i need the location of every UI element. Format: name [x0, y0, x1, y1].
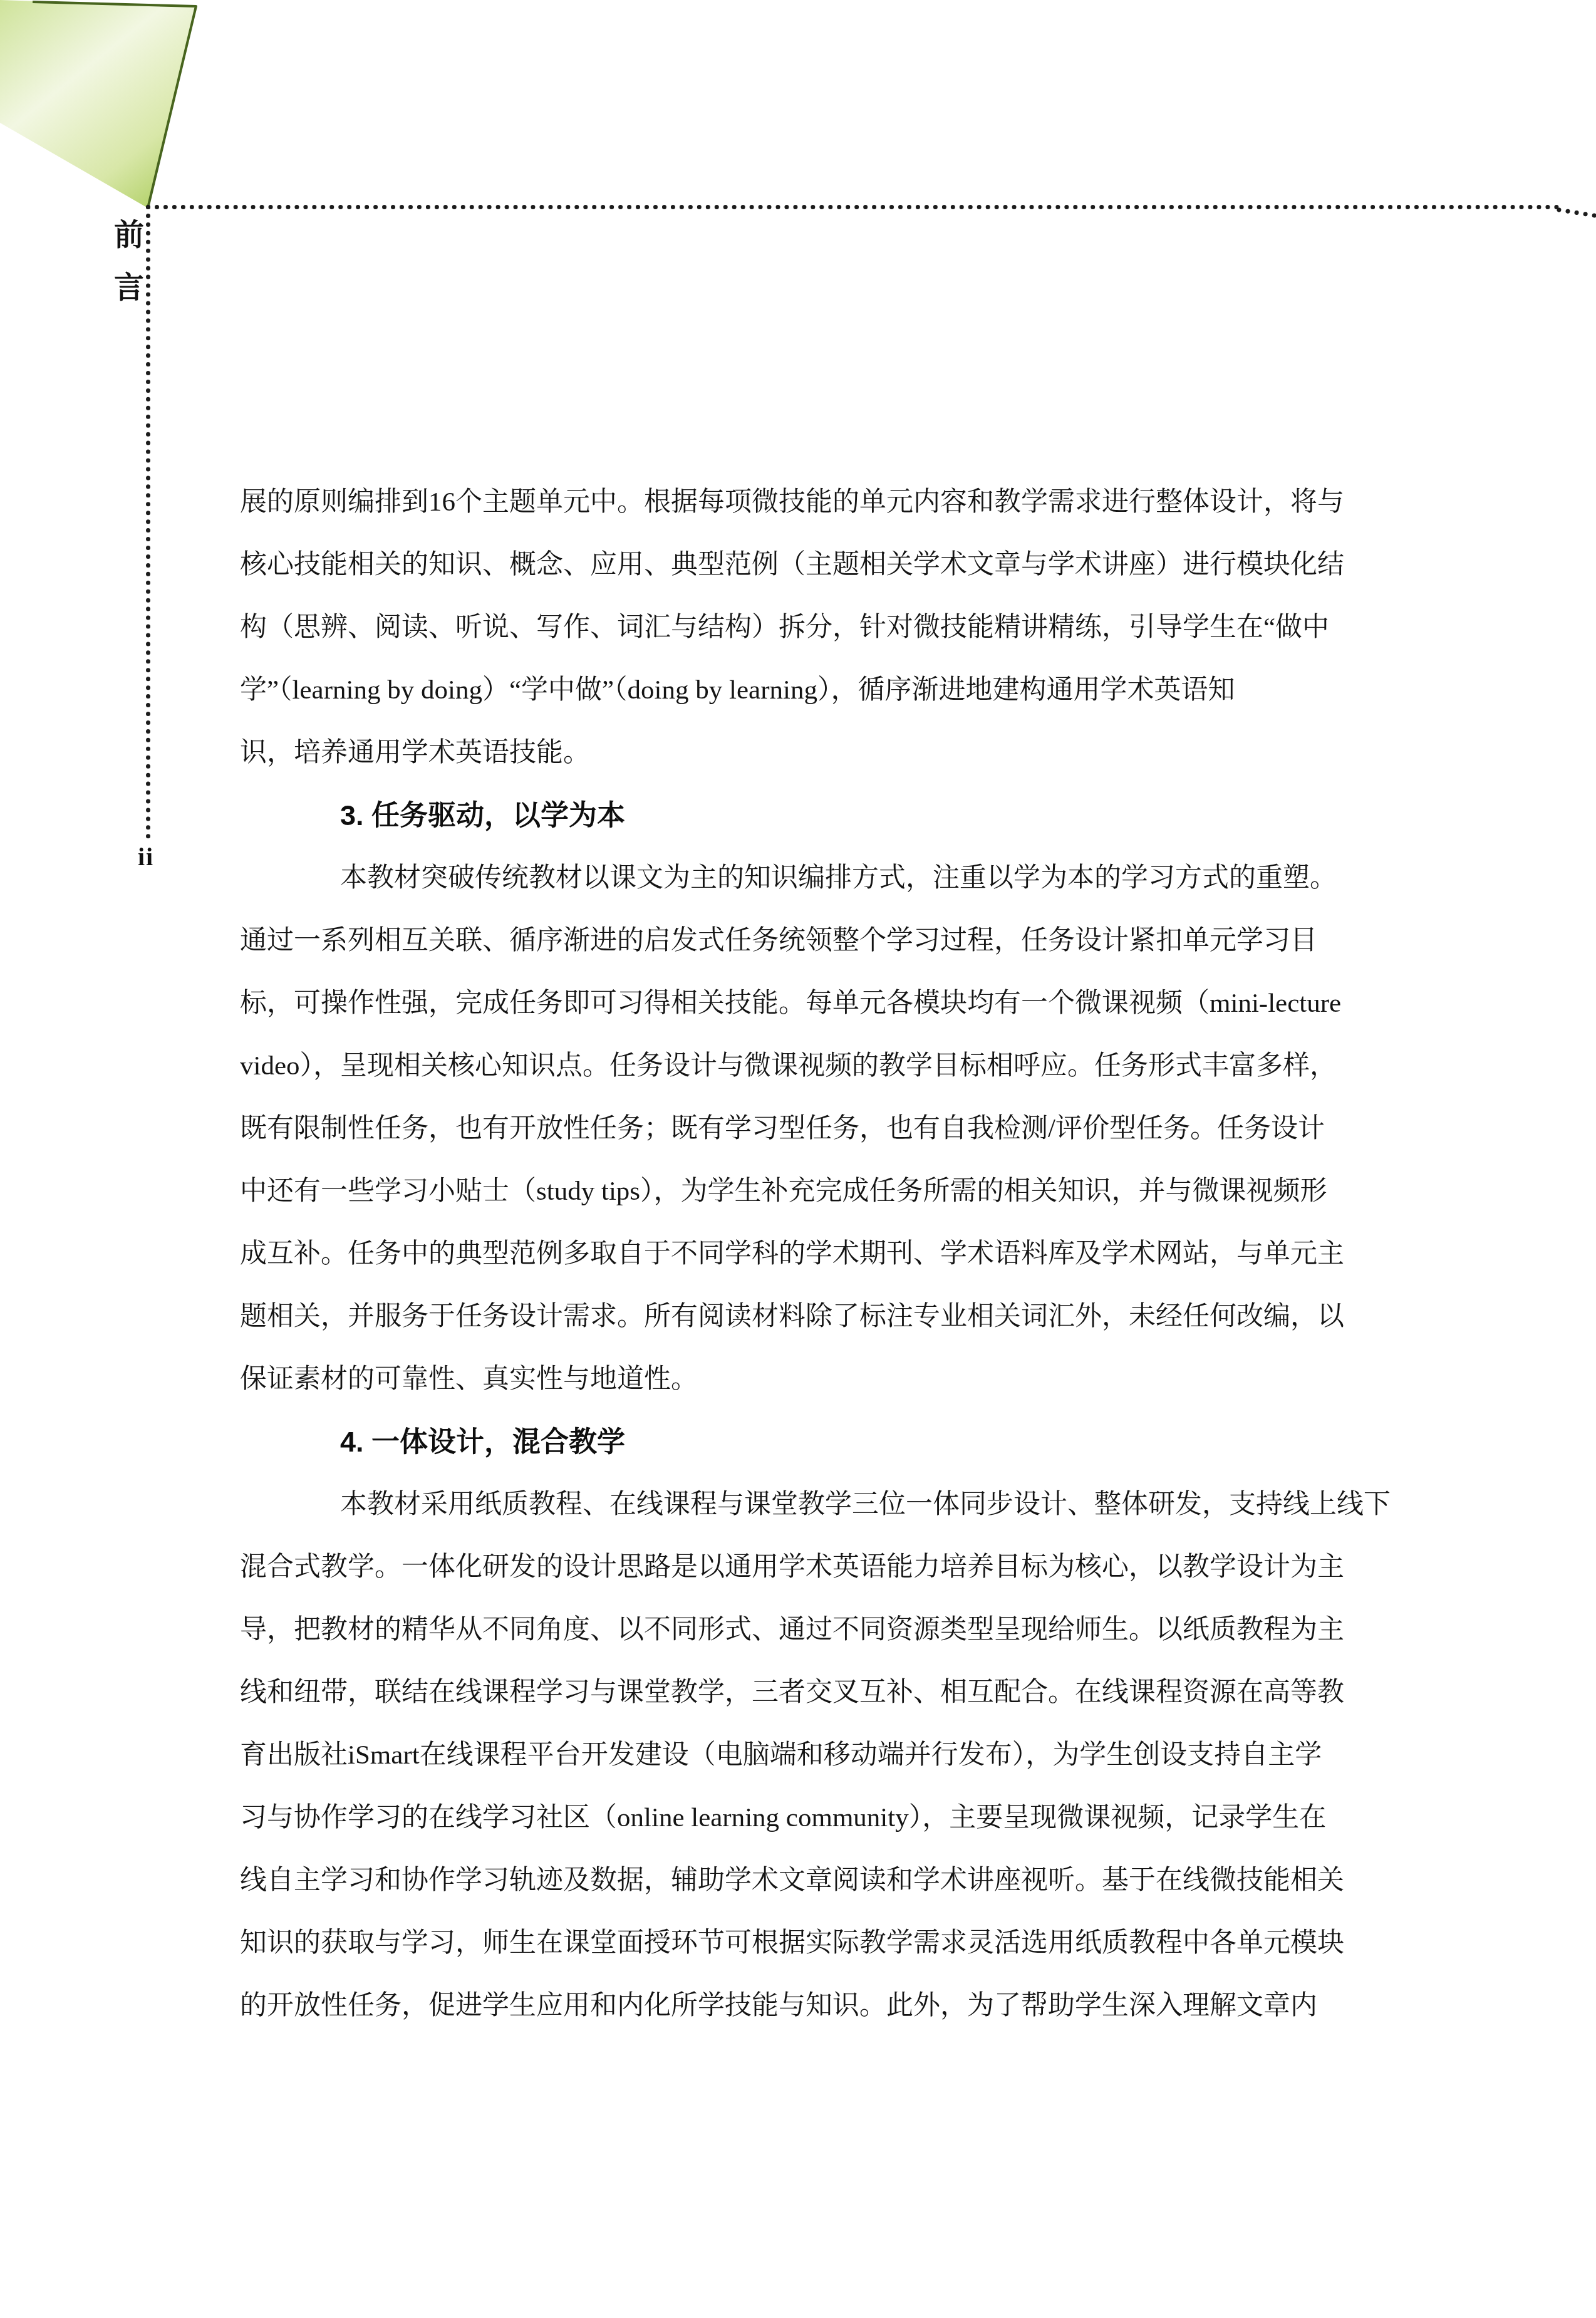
- page-corner-decoration: [0, 0, 209, 217]
- text-line: 成互补。任务中的典型范例多取自于不同学科的学术期刊、学术语料库及学术网站，与单元…: [240, 1223, 1377, 1286]
- text-line: 核心技能相关的知识、概念、应用、典型范例（主题相关学术文章与学术讲座）进行模块化…: [240, 534, 1377, 596]
- text-line: 本教材突破传统教材以课文为主的知识编排方式，注重以学为本的学习方式的重塑。: [240, 847, 1377, 910]
- text-line: 标，可操作性强，完成任务即可习得相关技能。每单元各模块均有一个微课视频（mini…: [240, 972, 1377, 1035]
- text-line: video），呈现相关核心知识点。任务设计与微课视频的教学目标相呼应。任务形式丰…: [240, 1035, 1377, 1098]
- text-line: 混合式教学。一体化研发的设计思路是以通用学术英语能力培养目标为核心，以教学设计为…: [240, 1536, 1377, 1599]
- text-line: 育出版社iSmart在线课程平台开发建设（电脑端和移动端并行发布），为学生创设支…: [240, 1724, 1377, 1787]
- text-line: 题相关，并服务于任务设计需求。所有阅读材料除了标注专业相关词汇外，未经任何改编，…: [240, 1286, 1377, 1348]
- dotted-border-top-end-curve: [1557, 207, 1596, 218]
- text-line: 既有限制性任务，也有开放性任务；既有学习型任务，也有自我检测/评价型任务。任务设…: [240, 1098, 1377, 1160]
- text-line: 通过一系列相互关联、循序渐进的启发式任务统领整个学习过程，任务设计紧扣单元学习目: [240, 910, 1377, 972]
- text-line: 导，把教材的精华从不同角度、以不同形式、通过不同资源类型呈现给师生。以纸质教程为…: [240, 1599, 1377, 1661]
- dotted-border-left: [146, 205, 150, 839]
- margin-title-char: 前: [114, 221, 144, 251]
- section-heading: 3. 任务驱动，以学为本: [240, 784, 1377, 847]
- text-line: 中还有一些学习小贴士（study tips），为学生补充完成任务所需的相关知识，…: [240, 1160, 1377, 1223]
- text-line: 线自主学习和协作学习轨迹及数据，辅助学术文章阅读和学术讲座视听。基于在线微技能相…: [240, 1849, 1377, 1912]
- text-line: 本教材采用纸质教程、在线课程与课堂教学三位一体同步设计、整体研发，支持线上线下: [240, 1473, 1377, 1536]
- text-line: 学”（learning by doing）“学中做”（doing by lear…: [240, 659, 1377, 722]
- text-line: 线和纽带，联结在线课程学习与课堂教学，三者交叉互补、相互配合。在线课程资源在高等…: [240, 1661, 1377, 1724]
- text-line: 识，培养通用学术英语技能。: [240, 722, 1377, 784]
- corner-fold-shape: [0, 0, 196, 208]
- text-line: 的开放性任务，促进学生应用和内化所学技能与知识。此外，为了帮助学生深入理解文章内: [240, 1975, 1377, 2037]
- text-line: 展的原则编排到16个主题单元中。根据每项微技能的单元内容和教学需求进行整体设计，…: [240, 471, 1377, 534]
- section-heading: 4. 一体设计，混合教学: [240, 1411, 1377, 1473]
- text-line: 构（思辨、阅读、听说、写作、词汇与结构）拆分，针对微技能精讲精练，引导学生在“做…: [240, 596, 1377, 659]
- margin-title-char: 言: [114, 273, 144, 303]
- text-line: 知识的获取与学习，师生在课堂面授环节可根据实际教学需求灵活选用纸质教程中各单元模…: [240, 1912, 1377, 1975]
- main-text-block: 展的原则编排到16个主题单元中。根据每项微技能的单元内容和教学需求进行整体设计，…: [240, 471, 1377, 2037]
- margin-title-preface: 前 言: [111, 221, 147, 303]
- text-line: 习与协作学习的在线学习社区（online learning community）…: [240, 1787, 1377, 1849]
- page-number: ii: [138, 842, 154, 871]
- preface-page: 前 言 ii 展的原则编排到16个主题单元中。根据每项微技能的单元内容和教学需求…: [0, 0, 1596, 2318]
- text-line: 保证素材的可靠性、真实性与地道性。: [240, 1348, 1377, 1411]
- dotted-border-top: [146, 205, 1560, 209]
